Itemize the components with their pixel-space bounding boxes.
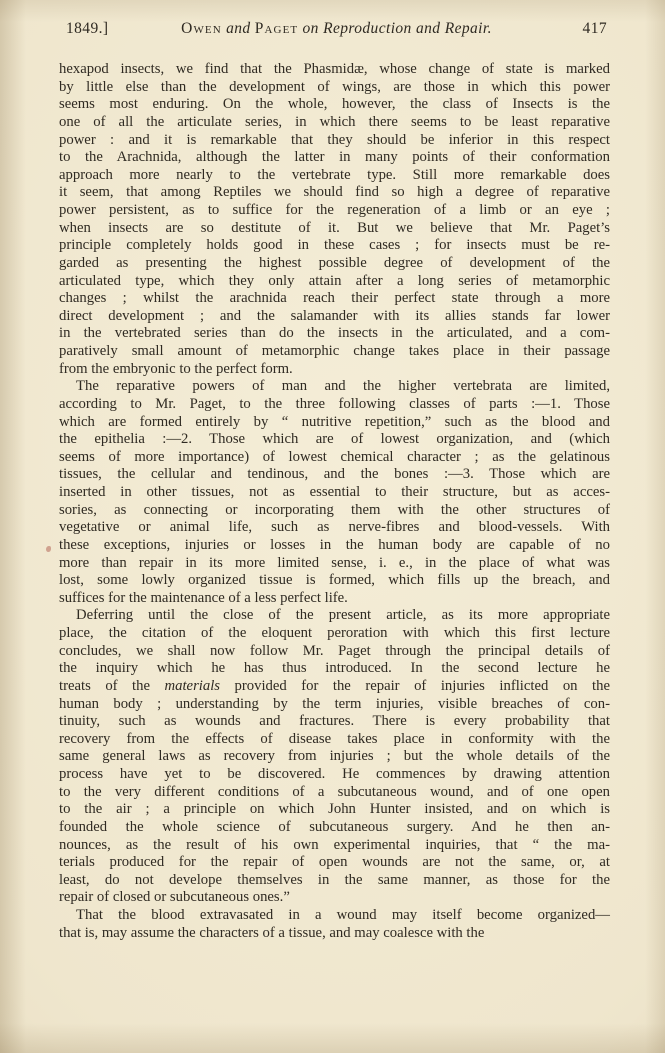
text-line: treats of the materials provided for the… (59, 678, 610, 696)
text-line: the inquiry which he has thus introduced… (59, 660, 610, 678)
text-line: inserted in other tissues, not as essent… (59, 484, 610, 502)
text-line: power persistent, as to suffice for the … (59, 202, 610, 220)
text-line: nounces, as the result of his own experi… (59, 837, 610, 855)
running-head-part: on Reproduction and Repair. (298, 20, 492, 37)
header-year: 1849.] (66, 20, 108, 38)
text-line: vegetative or animal life, such as nerve… (59, 519, 610, 537)
text-line: to the Arachnida, although the latter in… (59, 149, 610, 167)
text-line: Deferring until the close of the present… (59, 607, 610, 625)
text-line: changes ; whilst the arachnida reach the… (59, 290, 610, 308)
text-line: one of all the articulate series, in whi… (59, 114, 610, 132)
text-line: direct development ; and the salamander … (59, 308, 610, 326)
paragraph: That the blood extravasated in a wound m… (59, 907, 610, 942)
running-head-part: and (222, 20, 255, 37)
text-line: repair of closed or subcutaneous ones.” (59, 889, 610, 907)
text-line: garded as presenting the highest possibl… (59, 255, 610, 273)
text-line: according to Mr. Paget, to the three fol… (59, 396, 610, 414)
text-line: That the blood extravasated in a wound m… (59, 907, 610, 925)
text-line: to the air ; a principle on which John H… (59, 801, 610, 819)
text-line: founded the whole science of subcutaneou… (59, 819, 610, 837)
text-line: human body ; understanding by the term i… (59, 696, 610, 714)
text-line: these exceptions, injuries or losses in … (59, 537, 610, 555)
text-line: lost, some lowly organized tissue is for… (59, 572, 610, 590)
text-line: hexapod insects, we find that the Phasmi… (59, 61, 610, 79)
text-line: recovery from the effects of disease tak… (59, 731, 610, 749)
text-line: place, the citation of the eloquent pero… (59, 625, 610, 643)
text-line: tissues, the cellular and tendinous, and… (59, 466, 610, 484)
text-line: seems most enduring. On the whole, howev… (59, 96, 610, 114)
text-line: articulated type, which they only attain… (59, 273, 610, 291)
text-line: it seem, that among Reptiles we should f… (59, 184, 610, 202)
text-line: suffices for the maintenance of a less p… (59, 590, 610, 608)
running-head-part: Owen (181, 20, 222, 37)
text-line: tinuity, such as wounds and fractures. T… (59, 713, 610, 731)
text-line: when insects are so destitute of it. But… (59, 220, 610, 238)
text-line: least, do not develope themselves in the… (59, 872, 610, 890)
text-line: sories, as connecting or incorporating t… (59, 502, 610, 520)
running-head-part: Paget (255, 20, 298, 37)
text-line: same general laws as recovery from injur… (59, 748, 610, 766)
text-line: which are formed entirely by “ nutritive… (59, 414, 610, 432)
text-line: paratively small amount of metamorphic c… (59, 343, 610, 361)
text-line: the epithelia :—2. Those which are of lo… (59, 431, 610, 449)
text-line: in the vertebrated series than do the in… (59, 325, 610, 343)
text-line: principle completely holds good in these… (59, 237, 610, 255)
text-line: power : and it is remarkable that they s… (59, 132, 610, 150)
running-head-title: Owen and Paget on Reproduction and Repai… (181, 20, 492, 38)
text-line: more than repair in its more limited sen… (59, 555, 610, 573)
text-line: seems of more importance) of lowest chem… (59, 449, 610, 467)
running-header: 1849.] Owen and Paget on Reproduction an… (66, 20, 607, 40)
text-line: approach more nearly to the vertebrate t… (59, 167, 610, 185)
text-line: process have yet to be discovered. He co… (59, 766, 610, 784)
text-line: by little else than the development of w… (59, 79, 610, 97)
scanned-book-page: 1849.] Owen and Paget on Reproduction an… (0, 0, 665, 1053)
paragraph: Deferring until the close of the present… (59, 607, 610, 907)
text-line: terials produced for the repair of open … (59, 854, 610, 872)
page-body: hexapod insects, we find that the Phasmi… (59, 61, 610, 942)
text-line: The reparative powers of man and the hig… (59, 378, 610, 396)
page-number: 417 (583, 20, 607, 38)
text-line: concludes, we shall now follow Mr. Paget… (59, 643, 610, 661)
text-line: to the very different conditions of a su… (59, 784, 610, 802)
paragraph: hexapod insects, we find that the Phasmi… (59, 61, 610, 378)
paragraph: The reparative powers of man and the hig… (59, 378, 610, 607)
foxing-speck (46, 546, 51, 552)
text-line: from the embryonic to the perfect form. (59, 361, 610, 379)
text-line: that is, may assume the characters of a … (59, 925, 610, 943)
